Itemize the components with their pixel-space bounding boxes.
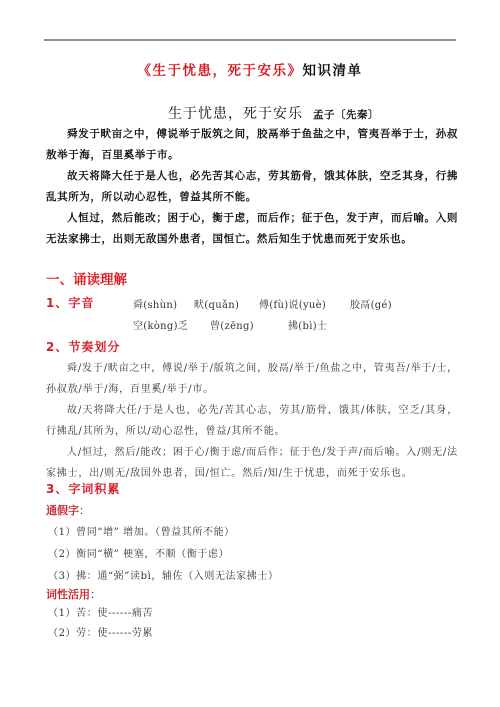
label-colon: ： [90, 588, 101, 601]
label-cixing-text: 词性活用 [46, 588, 90, 601]
subheading-rhythm: 2、节奏划分 [46, 338, 120, 355]
label-tongjia: 通假字： [46, 502, 90, 518]
text-author: 孟子〔先秦〕 [313, 109, 379, 121]
rhythm-paragraph-1: 舜/发于/畎亩之中，傅说/举于/版筑之间，胶鬲/举于/鱼盐之中，管夷吾/举于/士… [46, 358, 458, 400]
section-heading-reading: 一、诵读理解 [46, 268, 127, 288]
pronunciation-item: 舜(shùn) [133, 296, 177, 311]
cixing-item-2: （2）劳：使------劳累 [48, 624, 153, 639]
pronunciation-item: 胶鬲(gé) [350, 296, 392, 311]
tongjia-item-3: （3）拂：通“弼”读bì，辅佐（入则无法家拂士） [48, 567, 279, 582]
original-paragraph-1: 舜发于畎亩之中，傅说举于版筑之间，胶鬲举于鱼盐之中，管夷吾举于士，孙叔敖举于海，… [46, 124, 458, 166]
label-colon: ： [79, 504, 90, 517]
label-tongjia-text: 通假字 [46, 504, 79, 517]
subheading-pronunciation: 1、字音 [46, 294, 94, 311]
subheading-vocabulary: 3、字词积累 [46, 480, 120, 497]
pronunciation-item: 傅(fù)说(yuè) [259, 296, 326, 311]
pronunciation-item: 畎(quǎn) [194, 296, 239, 311]
header-rule [44, 39, 456, 41]
document-title-suffix: 知识清单 [303, 63, 363, 79]
cixing-item-1: （1）苦：使------痛苦 [48, 604, 153, 619]
pronunciation-item: 空(kòng)乏 [133, 317, 188, 332]
text-title: 生于忧患，死于安乐孟子〔先秦〕 [168, 103, 379, 123]
tongjia-item-2: （2）衡同“横” 梗塞，不顺（衡于虑） [48, 545, 229, 560]
document-title-work: 《生于忧患，死于安乐》 [138, 63, 303, 79]
rhythm-paragraph-3: 人/恒过，然后/能改；困于心/衡于虑/而后作；征于色/发于声/而后喻。入/则无/… [46, 442, 458, 484]
rhythm-paragraph-2: 故/天将降大任/于是人也，必先/苦其心志，劳其/筋骨，饿其/体肤，空乏/其身，行… [46, 400, 458, 442]
pronunciation-item: 拂(bì)士 [288, 317, 327, 332]
label-cixing: 词性活用： [46, 586, 101, 602]
tongjia-item-1: （1）曾同“增” 增加。（曾益其所不能） [48, 523, 235, 538]
document-title: 《生于忧患，死于安乐》知识清单 [0, 59, 500, 79]
pronunciation-item: 曾(zēng) [210, 317, 254, 332]
text-title-label: 生于忧患，死于安乐 [168, 106, 303, 122]
original-paragraph-2: 故天将降大任于是人也，必先苦其心志，劳其筋骨，饿其体肤，空乏其身，行拂乱其所为，… [46, 166, 458, 208]
original-paragraph-3: 人恒过，然后能改；困于心，衡于虑，而后作；征于色，发于声，而后喻。入则无法家拂士… [46, 208, 458, 250]
